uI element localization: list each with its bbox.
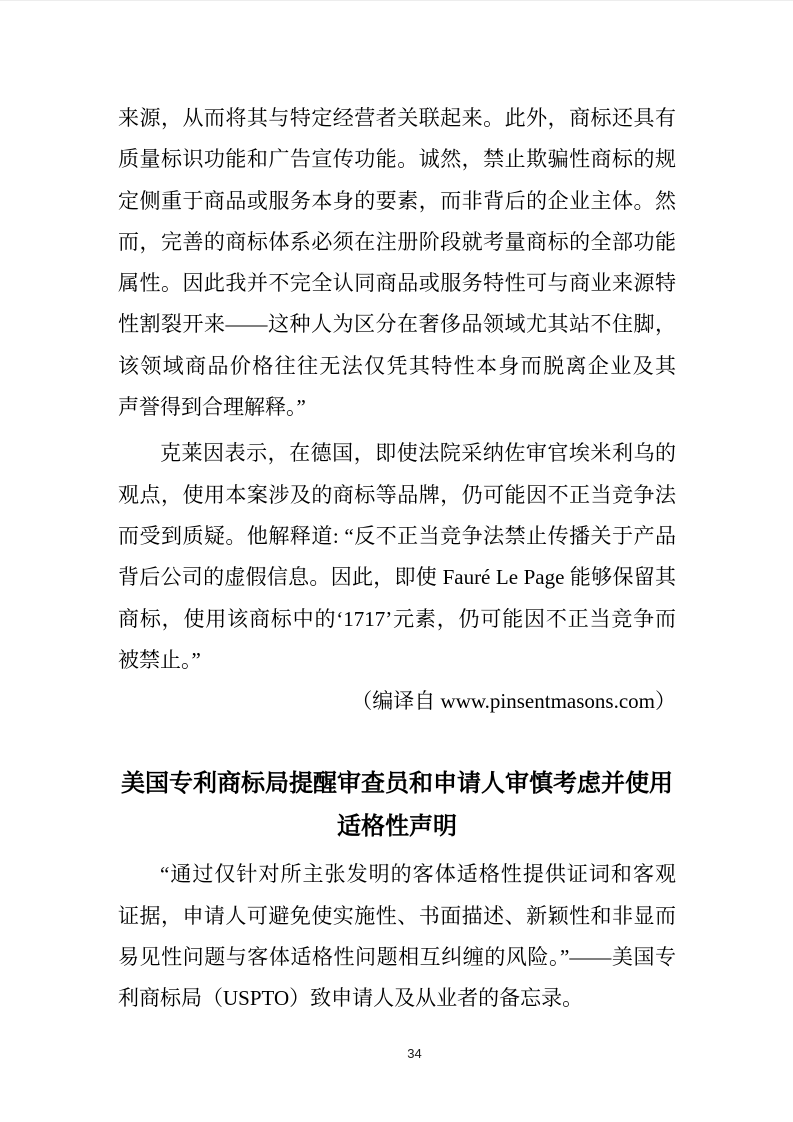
text-line: 而受到质疑。他解释道: “反不正当竞争法禁止传播关于产品 bbox=[118, 516, 676, 557]
text-line: 该领域商品价格往往无法仅凭其特性本身而脱离企业及其 bbox=[118, 346, 676, 387]
text-line: 观点，使用本案涉及的商标等品牌，仍可能因不正当竞争法 bbox=[118, 475, 676, 516]
section-heading-uspto: 美国专利商标局提醒审查员和申请人审慎考虑并使用 适格性声明 bbox=[118, 762, 676, 848]
text-line: 质量标识功能和广告宣传功能。诚然，禁止欺骗性商标的规 bbox=[118, 139, 676, 180]
text-line: “通过仅针对所主张发明的客体适格性提供证词和客观 bbox=[118, 854, 676, 895]
text-line: 定侧重于商品或服务本身的要素，而非背后的企业主体。然 bbox=[118, 181, 676, 222]
document-page: 来源，从而将其与特定经营者关联起来。此外，商标还具有 质量标识功能和广告宣传功能… bbox=[0, 0, 793, 1122]
text-line: 性割裂开来——这种人为区分在奢侈品领域尤其站不住脚， bbox=[118, 304, 676, 345]
paragraph-trademark-continuation: 来源，从而将其与特定经营者关联起来。此外，商标还具有 质量标识功能和广告宣传功能… bbox=[118, 98, 676, 428]
text-line: 背后公司的虚假信息。因此，即使 Fauré Le Page 能够保留其 bbox=[118, 557, 676, 598]
page-number: 34 bbox=[18, 1046, 793, 1061]
text-line: 来源，从而将其与特定经营者关联起来。此外，商标还具有 bbox=[118, 98, 676, 139]
attribution-line: （编译自 www.pinsentmasons.com） bbox=[118, 681, 676, 722]
text-line: 克莱因表示，在德国，即使法院采纳佐审官埃米利乌的 bbox=[118, 433, 676, 474]
text-line: 属性。因此我并不完全认同商品或服务特性可与商业来源特 bbox=[118, 263, 676, 304]
text-line: 商标，使用该商标中的‘1717’元素，仍可能因不正当竞争而 bbox=[118, 599, 676, 640]
heading-line: 美国专利商标局提醒审查员和申请人审慎考虑并使用 bbox=[118, 762, 676, 805]
text-line: 被禁止。” bbox=[118, 640, 676, 681]
text-line: 利商标局（USPTO）致申请人及从业者的备忘录。 bbox=[118, 978, 676, 1019]
paragraph-uspto-quote: “通过仅针对所主张发明的客体适格性提供证词和客观 证据，申请人可避免使实施性、书… bbox=[118, 854, 676, 1019]
text-line: 证据，申请人可避免使实施性、书面描述、新颖性和非显而 bbox=[118, 896, 676, 937]
text-line: 声誉得到合理解释。” bbox=[118, 387, 676, 428]
text-line: 易见性问题与客体适格性问题相互纠缠的风险。”——美国专 bbox=[118, 937, 676, 978]
paragraph-trademark-quote: 克莱因表示，在德国，即使法院采纳佐审官埃米利乌的 观点，使用本案涉及的商标等品牌… bbox=[118, 433, 676, 681]
page-body-text: 来源，从而将其与特定经营者关联起来。此外，商标还具有 质量标识功能和广告宣传功能… bbox=[118, 1, 676, 1020]
text-line: 而，完善的商标体系必须在注册阶段就考量商标的全部功能 bbox=[118, 222, 676, 263]
heading-line: 适格性声明 bbox=[118, 805, 676, 848]
